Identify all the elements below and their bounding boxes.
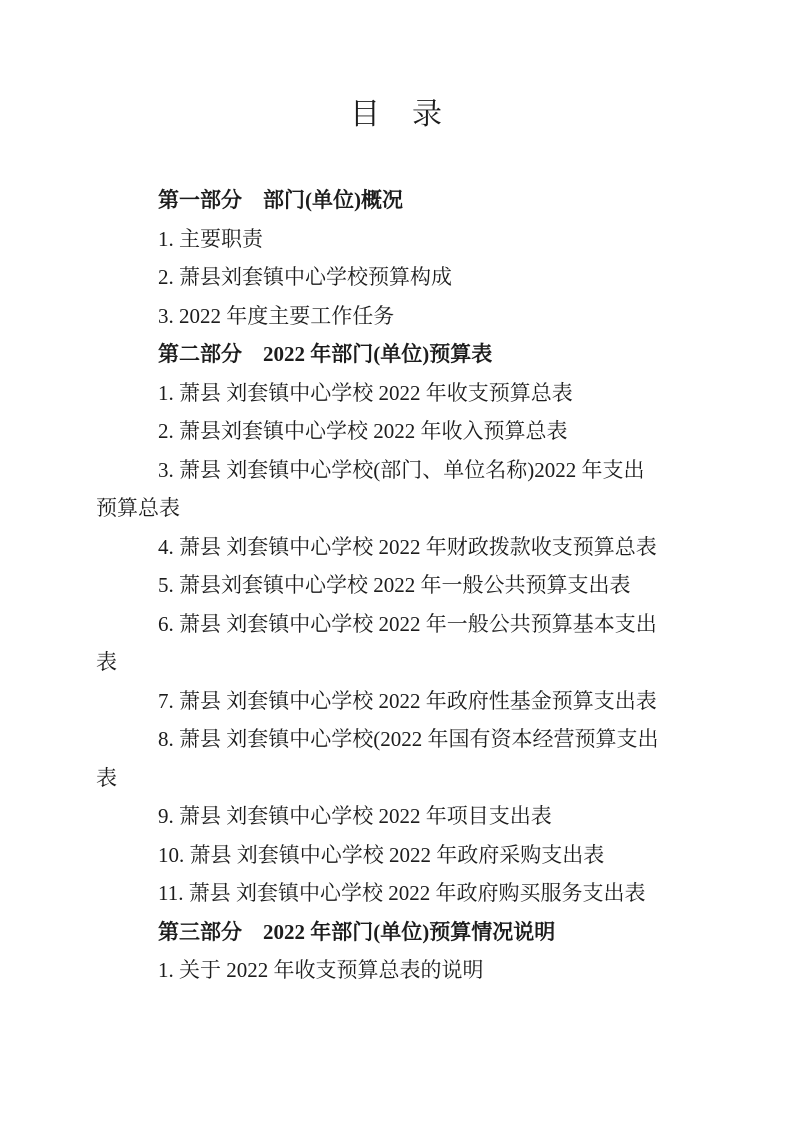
toc-item: 1. 主要职责 — [96, 220, 659, 259]
toc-item: 8. 萧县 刘套镇中心学校(2022 年国有资本经营预算支出表 — [96, 720, 659, 797]
toc-item: 2. 萧县刘套镇中心学校预算构成 — [96, 258, 659, 297]
toc-item: 5. 萧县刘套镇中心学校 2022 年一般公共预算支出表 — [96, 566, 659, 605]
toc-item: 3. 萧县 刘套镇中心学校(部门、单位名称)2022 年支出预算总表 — [96, 451, 659, 528]
toc-item: 1. 萧县 刘套镇中心学校 2022 年收支预算总表 — [96, 374, 659, 413]
toc-item: 2. 萧县刘套镇中心学校 2022 年收入预算总表 — [96, 412, 659, 451]
document-page: 目 录 第一部分 部门(单位)概况1. 主要职责2. 萧县刘套镇中心学校预算构成… — [0, 0, 793, 1122]
toc-item: 9. 萧县 刘套镇中心学校 2022 年项目支出表 — [96, 797, 659, 836]
toc-item: 11. 萧县 刘套镇中心学校 2022 年政府购买服务支出表 — [96, 874, 659, 913]
toc-section-heading: 第二部分 2022 年部门(单位)预算表 — [96, 335, 659, 374]
toc-item: 7. 萧县 刘套镇中心学校 2022 年政府性基金预算支出表 — [96, 682, 659, 721]
toc-section-heading: 第一部分 部门(单位)概况 — [96, 181, 659, 220]
toc-item: 3. 2022 年度主要工作任务 — [96, 297, 659, 336]
toc-list: 第一部分 部门(单位)概况1. 主要职责2. 萧县刘套镇中心学校预算构成3. 2… — [96, 181, 659, 990]
toc-item: 6. 萧县 刘套镇中心学校 2022 年一般公共预算基本支出表 — [96, 605, 659, 682]
toc-item: 10. 萧县 刘套镇中心学校 2022 年政府采购支出表 — [96, 836, 659, 875]
toc-item: 4. 萧县 刘套镇中心学校 2022 年财政拨款收支预算总表 — [96, 528, 659, 567]
toc-section-heading: 第三部分 2022 年部门(单位)预算情况说明 — [96, 913, 659, 952]
toc-item: 1. 关于 2022 年收支预算总表的说明 — [96, 951, 659, 990]
page-title: 目 录 — [0, 0, 793, 134]
